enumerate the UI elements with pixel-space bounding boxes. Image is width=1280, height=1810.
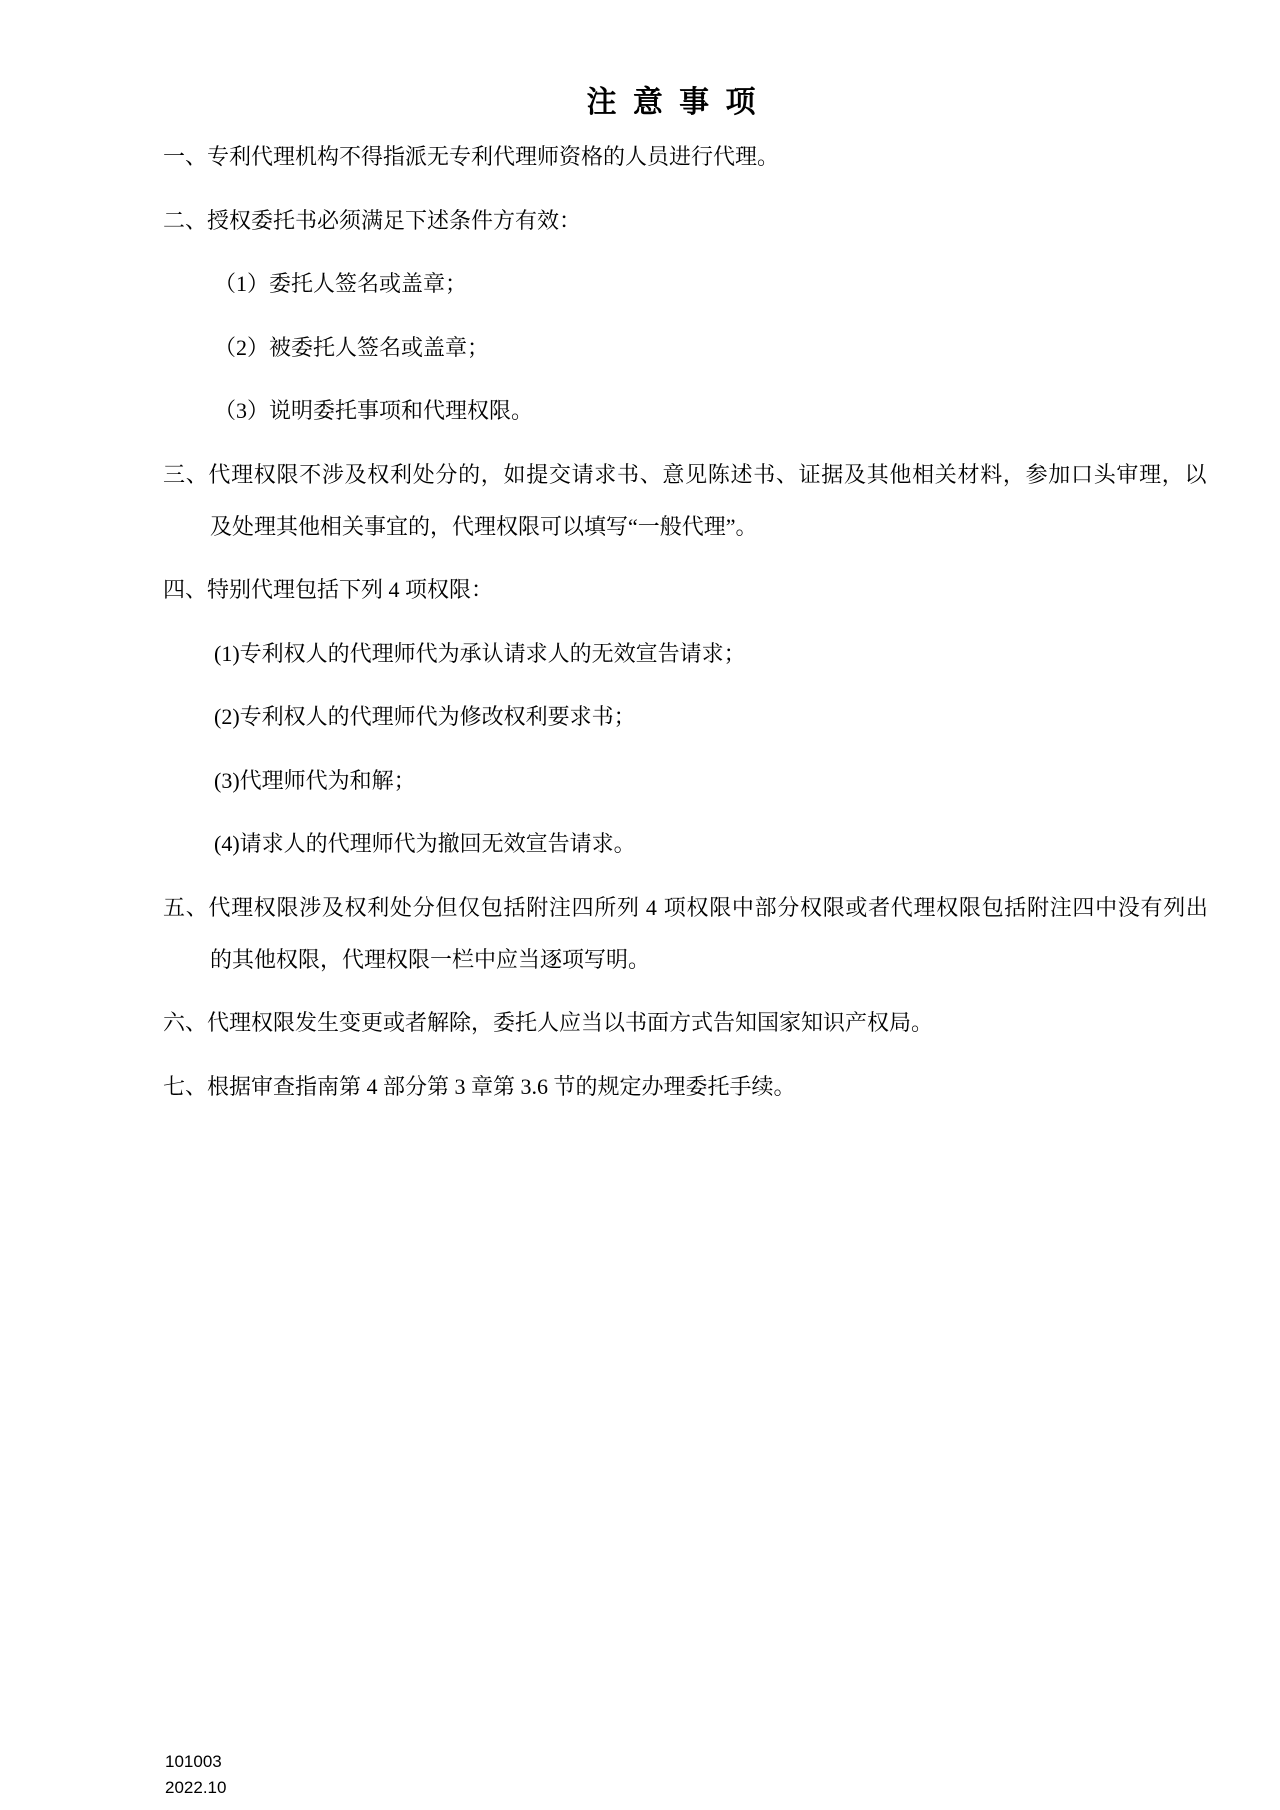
note-2-sub-1: （1）委托人签名或盖章； [163,258,1209,310]
note-4-sub-2: (2)专利权人的代理师代为修改权利要求书； [163,691,1209,743]
note-4: 四、特别代理包括下列 4 项权限： [163,564,1209,616]
note-3: 三、代理权限不涉及权利处分的，如提交请求书、意见陈述书、证据及其他相关材料，参加… [163,449,1209,553]
note-2-sub-2: （2）被委托人签名或盖章； [163,322,1209,374]
form-code: 101003 [165,1749,226,1775]
note-4-sub-4: (4)请求人的代理师代为撤回无效宣告请求。 [163,818,1209,870]
document-page: 注 意 事 项 一、专利代理机构不得指派无专利代理师资格的人员进行代理。 二、授… [0,0,1280,1810]
note-7: 七、根据审查指南第 4 部分第 3 章第 3.6 节的规定办理委托手续。 [163,1061,1209,1113]
note-1: 一、专利代理机构不得指派无专利代理师资格的人员进行代理。 [163,131,1209,183]
notes-section: 注 意 事 项 一、专利代理机构不得指派无专利代理师资格的人员进行代理。 二、授… [163,81,1209,1124]
note-4-sub-1: (1)专利权人的代理师代为承认请求人的无效宣告请求； [163,628,1209,680]
note-4-sub-3: (3)代理师代为和解； [163,755,1209,807]
form-footer: 101003 2022.10 [165,1749,226,1801]
note-2-sub-3: （3）说明委托事项和代理权限。 [163,385,1209,437]
page-title: 注 意 事 项 [163,81,1183,125]
form-revision-date: 2022.10 [165,1775,226,1801]
note-5: 五、代理权限涉及权利处分但仅包括附注四所列 4 项权限中部分权限或者代理权限包括… [163,882,1209,986]
note-2: 二、授权委托书必须满足下述条件方有效： [163,195,1209,247]
note-6: 六、代理权限发生变更或者解除，委托人应当以书面方式告知国家知识产权局。 [163,997,1209,1049]
